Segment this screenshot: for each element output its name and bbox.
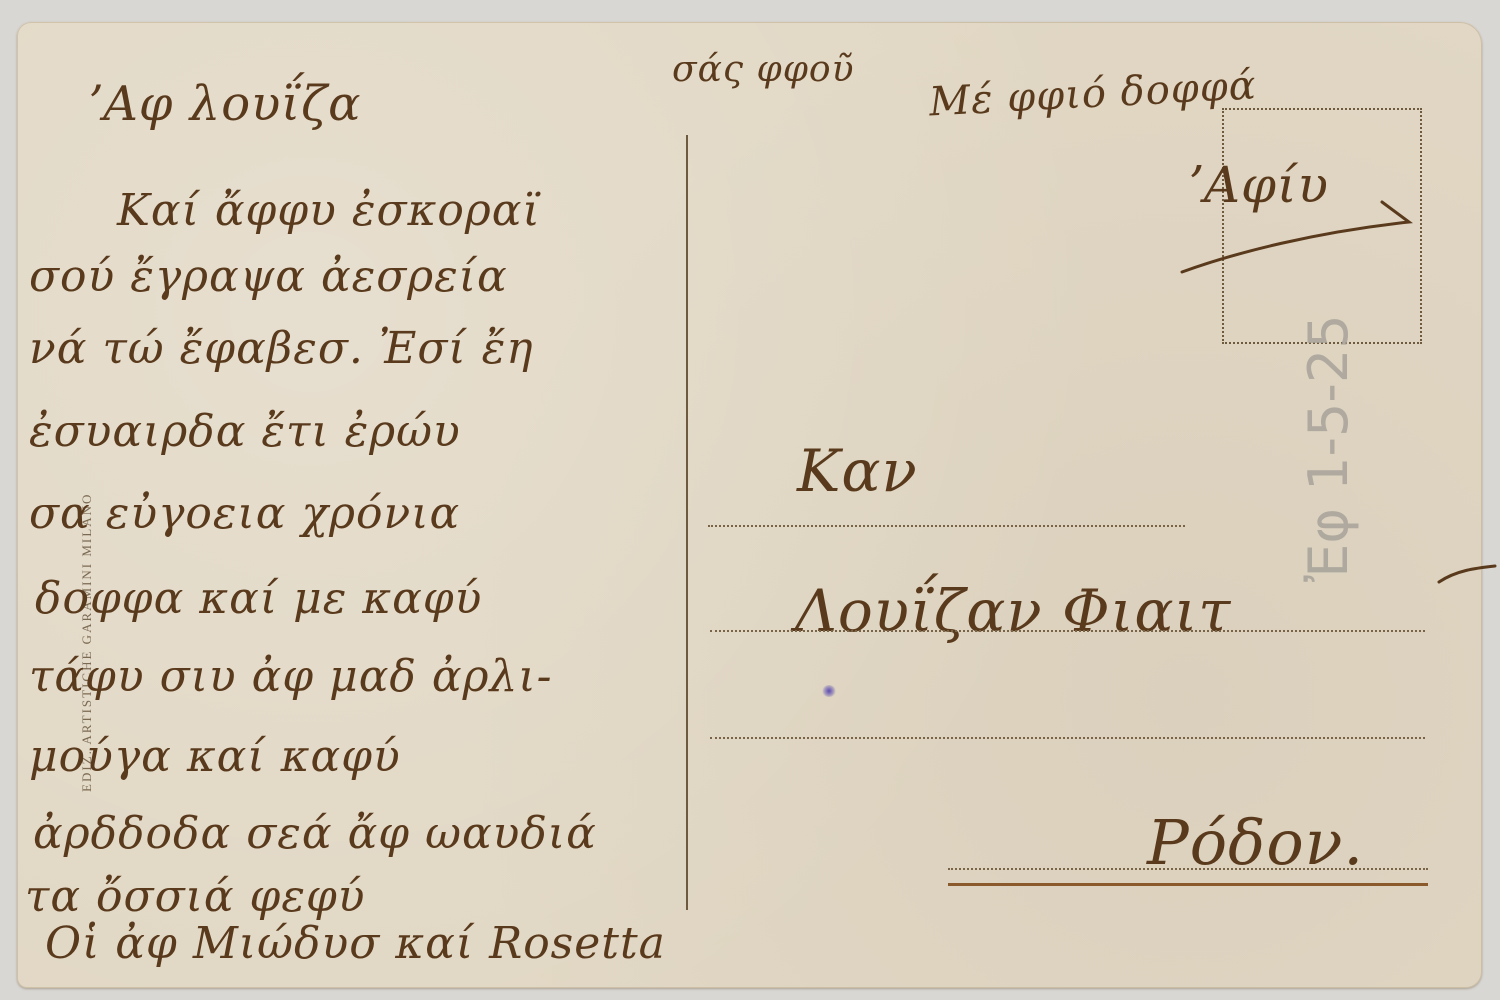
signature-flourish — [1177, 192, 1417, 282]
message-line-11: Οἱ ἀφ Μιώδυσ καί Rosetta — [45, 922, 666, 966]
message-line-9: ἀρδδοδα σεά ἄφ ωαυδιά — [33, 812, 597, 856]
greeting: ʼΑφ λουΐζα — [87, 80, 362, 128]
closing-text: Μέ φφιό δοφφά — [928, 65, 1257, 122]
center-divider — [686, 135, 688, 910]
city: Ρόδον. — [1147, 812, 1364, 874]
message-continuation: σάς φφοῦ — [672, 52, 854, 88]
message-line-3: νά τώ ἔφαβεσ. Ἐσί ἔη — [29, 327, 534, 371]
postcard: EDIZ. ARTISTICHE GARAMINI MILANO ʼΑφ λου… — [17, 22, 1482, 988]
address-title: Καν — [797, 442, 918, 500]
message-line-10: τα ὄσσιά φεφύ — [25, 875, 366, 919]
message-line-1: Καί ἄφφυ ἐσκοραϊ — [117, 189, 541, 233]
address-line-3 — [710, 737, 1425, 739]
message-line-6: δοφφα καί με καφύ — [35, 577, 482, 621]
message-line-7: τάφυ σιυ ἀφ μαδ ἀρλι- — [29, 655, 553, 699]
name-flourish — [1437, 562, 1497, 592]
message-line-5: σα εὐγοεια χρόνια — [29, 492, 460, 536]
address-underline — [948, 883, 1428, 886]
message-line-2: σού ἔγραψα ἀεσρεία — [29, 255, 508, 299]
ink-spot — [822, 685, 836, 697]
address-line-1 — [708, 525, 1185, 527]
message-line-8: μούγα καί καφύ — [29, 735, 401, 779]
pencil-note: Ἐφ 1-5-25 — [1297, 314, 1360, 582]
address-line-2 — [710, 630, 1425, 632]
message-line-4: ἐσυαιρδα ἔτι ἐρώυ — [29, 410, 461, 454]
address-line-city — [948, 868, 1428, 870]
